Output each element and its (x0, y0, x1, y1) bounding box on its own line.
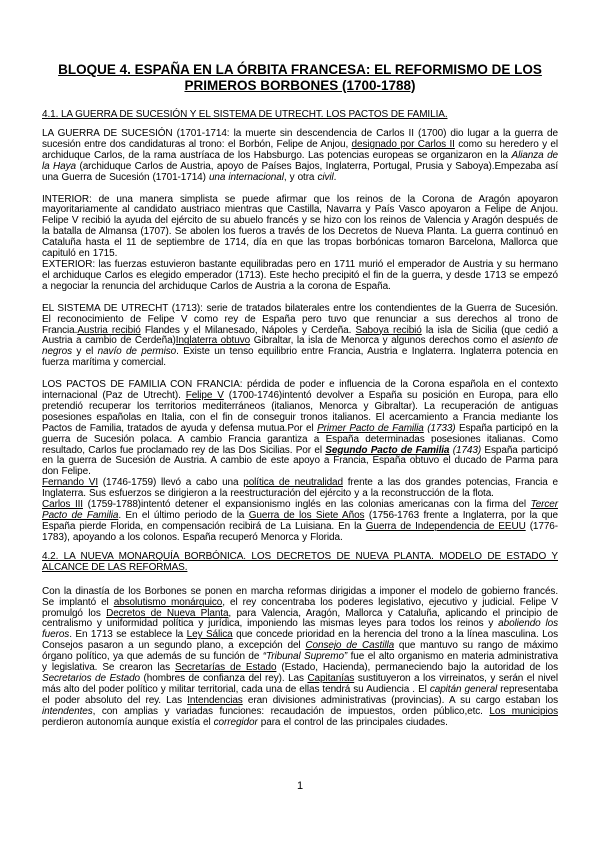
document-content: BLOQUE 4. ESPAÑA EN LA ÓRBITA FRANCESA: … (42, 62, 558, 740)
rich-text-segment: navío de permiso (98, 346, 177, 357)
rich-text-segment: Inglaterra obtuvo (176, 335, 250, 346)
rich-text-segment: absolutismo monárquico (114, 597, 223, 608)
rich-text-segment: Austria recibió (77, 325, 140, 336)
rich-text-segment: (1743) (449, 445, 481, 456)
paragraph-carlos-iii: Carlos III (1759-1788)intentó detener el… (42, 500, 558, 544)
rich-text-segment: intendentes (42, 706, 93, 717)
rich-text-segment: Capitanías (307, 673, 354, 684)
document-page: BLOQUE 4. ESPAÑA EN LA ÓRBITA FRANCESA: … (0, 0, 600, 848)
rich-text-segment: Consejo de Castilla (305, 640, 394, 651)
rich-text-segment: Carlos III (42, 499, 83, 510)
rich-text-segment: capitán general (430, 684, 497, 695)
page-number: 1 (0, 780, 600, 792)
paragraph-interior: INTERIOR: de una manera simplista se pue… (42, 195, 558, 260)
paragraph-fernando-vi: Fernando VI (1746-1759) llevó a cabo una… (42, 478, 558, 500)
rich-text-segment: Ley Sálica (187, 629, 233, 640)
rich-text-segment: Guerra de Independencia de EEUU (366, 521, 526, 532)
rich-text-segment: aboliendo los fueros (42, 618, 558, 640)
rich-text-segment: Saboya recibió (356, 325, 422, 336)
section-4-2-heading: 4.2. LA NUEVA MONARQUÍA BORBÓNICA. LOS D… (42, 551, 558, 573)
rich-text-segment: civil (317, 172, 333, 183)
rich-text-segment: Fernando VI (42, 477, 98, 488)
paragraph-nueva-monarquia: Con la dinastía de los Borbones se ponen… (42, 587, 558, 729)
rich-text-segment: corregidor (214, 717, 258, 728)
paragraph-exterior: EXTERIOR: las fuerzas estuvieron bastant… (42, 260, 558, 293)
rich-text-segment: (1733) (424, 423, 456, 434)
rich-text-segment: una internacional (209, 172, 284, 183)
rich-text-segment: Intendencias (187, 695, 243, 706)
rich-text-segment: designado por Carlos II (352, 139, 455, 150)
rich-text-segment: “Tribunal Supremo” (263, 651, 347, 662)
paragraph-sistema-utrecht: EL SISTEMA DE UTRECHT (1713): serie de t… (42, 304, 558, 369)
rich-text-segment: Secretarías de Estado (175, 662, 276, 673)
document-title: BLOQUE 4. ESPAÑA EN LA ÓRBITA FRANCESA: … (42, 62, 558, 93)
paragraph-pactos-familia: LOS PACTOS DE FAMILIA CON FRANCIA: pérdi… (42, 380, 558, 478)
rich-text-segment: Decretos de Nueva Planta (106, 608, 228, 619)
rich-text-segment: Segundo Pacto de Familia (325, 445, 449, 456)
rich-text-segment: Guerra de los Siete Años (249, 510, 365, 521)
section-4-1-heading: 4.1. LA GUERRA DE SUCESIÓN Y EL SISTEMA … (42, 109, 558, 120)
rich-text-segment: Los municipios (489, 706, 558, 717)
rich-text-segment: Secretarios de Estado (42, 673, 140, 684)
rich-text-segment: política de neutralidad (243, 477, 343, 488)
rich-text-segment: Felipe V (186, 390, 224, 401)
rich-text-segment: Primer Pacto de Familia (317, 423, 424, 434)
paragraph-guerra-de-sucesion: LA GUERRA DE SUCESIÓN (1701-1714: la mue… (42, 129, 558, 184)
rich-text-segment: Alianza de la Haya (42, 150, 558, 172)
